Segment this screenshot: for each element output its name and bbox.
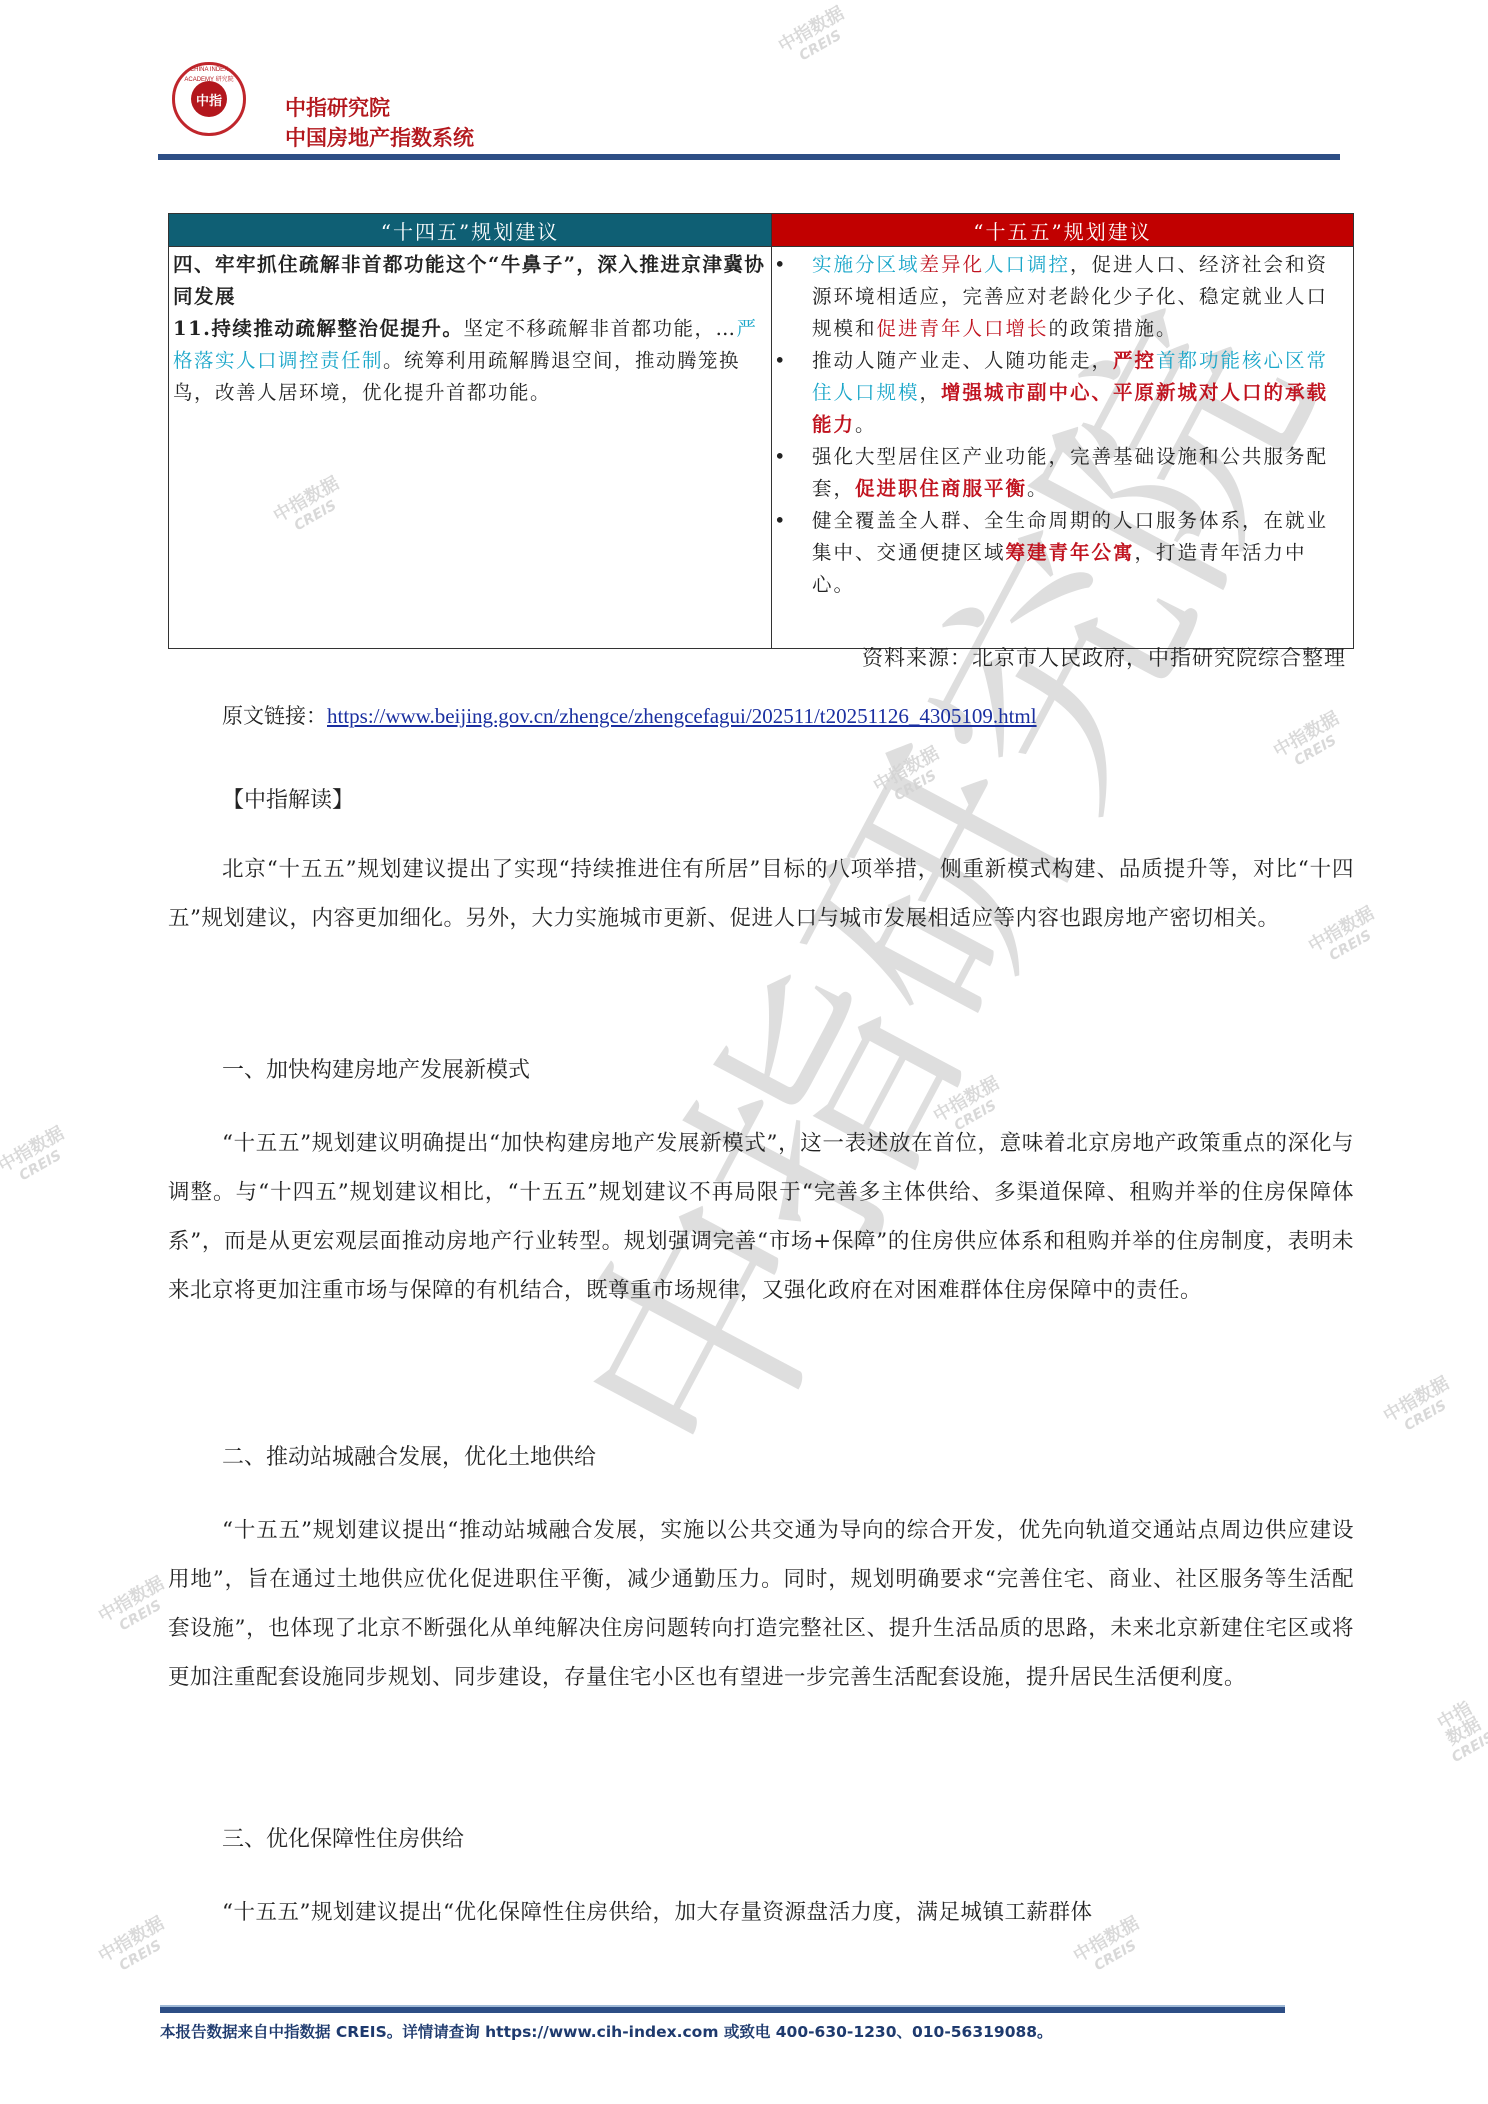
column-header-15th-plan: “十五五”规划建议 [772,214,1354,247]
page-header: CHINA INDEX ACADEMY 研究院 中指 中指研究院 中国房地产指数… [150,58,1340,160]
china-index-academy-logo: CHINA INDEX ACADEMY 研究院 中指 [172,62,246,136]
footer-note: 本报告数据来自中指数据 CREIS。详情请查询 https://www.cih-… [160,2020,1053,2042]
logo-center: 中指 [191,81,227,117]
old-item-heading: 11.持续推动疏解整治促提升。 [173,317,463,340]
highlight-red-bold: 促进职住商服平衡 [855,477,1027,500]
paragraph-2: “十五五”规划建议提出“推动站城融合发展，实施以公共交通为导向的综合开发，优先向… [168,1506,1354,1702]
heading-2: 二、推动站城融合发展，优化土地供给 [222,1440,596,1471]
bullet-text: 。 [1027,477,1049,500]
bullet-item: 实施分区域差异化人口调控，促进人口、经济社会和资源环境相适应，完善应对老龄化少子… [776,249,1349,345]
bullet-text: ， [920,381,942,404]
original-link-row: 原文链接：https://www.beijing.gov.cn/zhengce/… [222,700,1037,730]
highlight-cyan: 实施分区域 [812,253,920,276]
highlight-red-bold: 筹建青年公寓 [1006,541,1135,564]
brand-name: 中指研究院 [285,92,390,122]
brand-subtitle: 中国房地产指数系统 [285,122,474,152]
link-label: 原文链接： [222,704,327,728]
column-header-14th-plan: “十四五”规划建议 [169,214,772,247]
data-source-note: 资料来源：北京市人民政府，中指研究院综合整理 [862,642,1346,672]
watermark-small: 中指数据CREIS [96,1914,176,1981]
comparison-table: “十四五”规划建议 “十五五”规划建议 四、牢牢抓住疏解非首都功能这个“牛鼻子”… [168,213,1354,649]
bullet-item: 健全覆盖全人群、全生命周期的人口服务体系，在就业集中、交通便捷区域筹建青年公寓，… [776,505,1349,601]
highlight-red: 差异化 [920,253,985,276]
watermark-small: 中指数据CREIS [1381,1374,1461,1441]
paragraph-3: “十五五”规划建议提出“优化保障性住房供给，加大存量资源盘活力度，满足城镇工薪群… [168,1888,1354,1937]
bullet-item: 推动人随产业走、人随功能走，严控首都功能核心区常住人口规模，增强城市副中心、平原… [776,345,1349,441]
watermark-small: 中指数据CREIS [0,1124,76,1191]
highlight-red: 严控 [1113,349,1156,372]
bullet-text: 推动人随产业走、人随功能走， [812,349,1113,372]
old-item-text: 坚定不移疏解非首都功能，… [463,317,736,340]
cell-15th-plan: 实施分区域差异化人口调控，促进人口、经济社会和资源环境相适应，完善应对老龄化少子… [772,247,1354,649]
paragraph-1: “十五五”规划建议明确提出“加快构建房地产发展新模式”，这一表述放在首位，意味着… [168,1119,1354,1315]
header-divider [158,154,1340,160]
heading-3: 三、优化保障性住房供给 [222,1822,464,1853]
new-plan-bullets: 实施分区域差异化人口调控，促进人口、经济社会和资源环境相适应，完善应对老龄化少子… [776,249,1349,601]
old-section-title: 四、牢牢抓住疏解非首都功能这个“牛鼻子”，深入推进京津冀协同发展 [173,253,765,308]
bullet-text: 。 [855,413,877,436]
footer-divider [160,2005,1285,2013]
section-label-analysis: 【中指解读】 [222,783,354,814]
cell-14th-plan: 四、牢牢抓住疏解非首都功能这个“牛鼻子”，深入推进京津冀协同发展 11.持续推动… [169,247,772,649]
watermark-small: 中指数据CREIS [871,744,951,811]
bullet-item: 强化大型居住区产业功能，完善基础设施和公共服务配套，促进职住商服平衡。 [776,441,1349,505]
bullet-text: 的政策措施。 [1049,317,1178,340]
highlight-red: 促进青年人口增长 [877,317,1049,340]
intro-paragraph: 北京“十五五”规划建议提出了实现“持续推进住有所居”目标的八项举措，侧重新模式构… [168,845,1354,943]
watermark-small: 中指数据CREIS [1271,709,1351,776]
watermark-small: 中指数据CREIS [1430,1697,1488,1768]
original-article-link[interactable]: https://www.beijing.gov.cn/zhengce/zheng… [327,704,1037,728]
watermark-small: 中指数据CREIS [96,1574,176,1641]
heading-1: 一、加快构建房地产发展新模式 [222,1053,530,1084]
highlight-cyan: 人口调控 [984,253,1070,276]
